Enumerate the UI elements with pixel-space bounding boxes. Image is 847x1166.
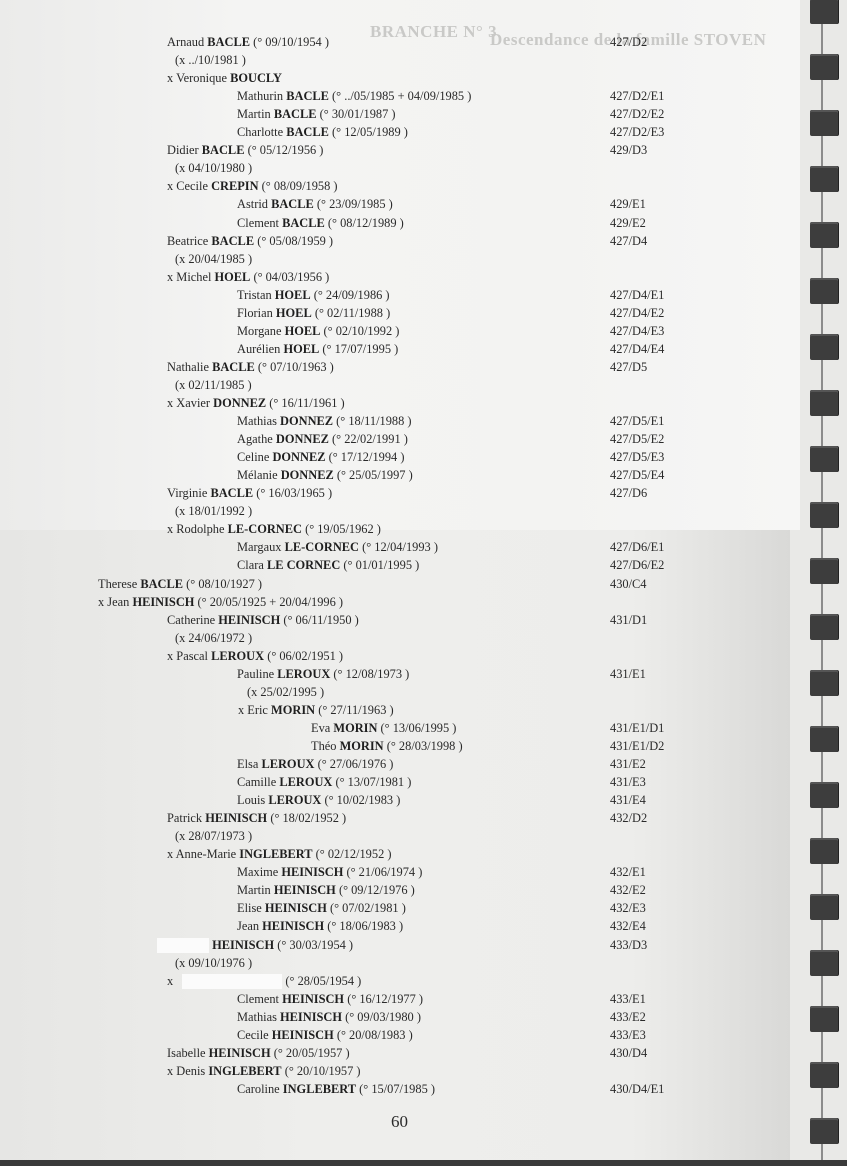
surname: BACLE	[207, 35, 250, 49]
reference-number: 432/D2	[610, 811, 647, 826]
person-entry: Patrick HEINISCH (° 18/02/1952 )	[167, 811, 346, 826]
reference-number: 427/D4/E1	[610, 288, 664, 303]
binding-loop-icon	[810, 1006, 838, 1032]
person-entry: Charlotte BACLE (° 12/05/1989 )	[237, 125, 408, 140]
life-dates: (° 24/09/1986 )	[314, 288, 390, 302]
person-entry: Nathalie BACLE (° 07/10/1963 )	[167, 360, 334, 375]
person-entry: Elise HEINISCH (° 07/02/1981 )	[237, 901, 406, 916]
given-name: Mathias	[237, 1010, 277, 1024]
person-entry: Martin HEINISCH (° 09/12/1976 )	[237, 883, 415, 898]
given-name: Patrick	[167, 811, 202, 825]
life-dates: (° 13/06/1995 )	[381, 721, 457, 735]
person-entry: Pauline LEROUX (° 12/08/1973 )	[237, 667, 409, 682]
life-dates: (° 21/06/1974 )	[347, 865, 423, 879]
surname: HEINISCH	[218, 613, 280, 627]
binding-loop-icon	[810, 0, 838, 24]
surname: LEROUX	[211, 649, 264, 663]
life-dates: (° 27/11/1963 )	[318, 703, 393, 717]
reference-number: 429/E2	[610, 216, 646, 231]
surname: HEINISCH	[209, 1046, 271, 1060]
surname: BACLE	[212, 360, 255, 374]
surname: LE-CORNEC	[285, 540, 359, 554]
reference-number: 427/D5	[610, 360, 647, 375]
person-entry: Eva MORIN (° 13/06/1995 )	[311, 721, 456, 736]
person-entry: Florian HOEL (° 02/11/1988 )	[237, 306, 390, 321]
given-name: Elise	[237, 901, 262, 915]
life-dates: (° 06/11/1950 )	[283, 613, 358, 627]
binding-loop-icon	[810, 1118, 838, 1144]
surname: HOEL	[276, 306, 312, 320]
spouse-entry: x Eric MORIN (° 27/11/1963 )	[238, 703, 394, 718]
surname: BACLE	[286, 125, 329, 139]
given-name: Agathe	[237, 432, 273, 446]
surname: LEROUX	[268, 793, 321, 807]
given-name: Clement	[237, 216, 279, 230]
surname: MORIN	[340, 739, 384, 753]
binding-loop-icon	[810, 670, 838, 696]
given-name: Therese	[98, 577, 137, 591]
surname: CREPIN	[211, 179, 259, 193]
life-dates: (° 23/09/1985 )	[317, 197, 393, 211]
reference-number: 427/D5/E1	[610, 414, 664, 429]
surname: DONNEZ	[281, 468, 334, 482]
person-entry: Cecile HEINISCH (° 20/08/1983 )	[237, 1028, 413, 1043]
given-name: Beatrice	[167, 234, 208, 248]
marriage-marker: x	[167, 71, 176, 85]
life-dates: (° 28/05/1954 )	[285, 974, 361, 988]
person-entry: Didier BACLE (° 05/12/1956 )	[167, 143, 323, 158]
given-name: Jean	[237, 919, 259, 933]
given-name: Aurélien	[237, 342, 280, 356]
life-dates: (° 15/07/1985 )	[359, 1082, 435, 1096]
life-dates: (° 02/12/1952 )	[316, 847, 392, 861]
spouse-entry: x Veronique BOUCLY	[167, 71, 282, 86]
binding-loop-icon	[810, 838, 838, 864]
life-dates: (° 20/05/1957 )	[274, 1046, 350, 1060]
reference-number: 429/E1	[610, 197, 646, 212]
surname: INGLEBERT	[239, 847, 312, 861]
surname: BOUCLY	[230, 71, 282, 85]
person-entry: Astrid BACLE (° 23/09/1985 )	[237, 197, 393, 212]
reference-number: 427/D5/E2	[610, 432, 664, 447]
binding-loop-icon	[810, 334, 838, 360]
marriage-date: (x 18/01/1992 )	[175, 504, 252, 519]
reference-number: 431/D1	[610, 613, 647, 628]
person-entry: Maxime HEINISCH (° 21/06/1974 )	[237, 865, 422, 880]
person-entry: Virginie BACLE (° 16/03/1965 )	[167, 486, 332, 501]
binding-loop-icon	[810, 1062, 838, 1088]
life-dates: (° 18/11/1988 )	[336, 414, 411, 428]
reference-number: 427/D6/E2	[610, 558, 664, 573]
reference-number: 431/E2	[610, 757, 646, 772]
reference-number: 433/E3	[610, 1028, 646, 1043]
spouse-entry: x Cecile CREPIN (° 08/09/1958 )	[167, 179, 338, 194]
life-dates: (° 07/10/1963 )	[258, 360, 334, 374]
reference-number: 427/D6	[610, 486, 647, 501]
given-name: Cecile	[176, 179, 208, 193]
given-name: Jean	[107, 595, 129, 609]
given-name: Mathias	[237, 414, 277, 428]
given-name: Celine	[237, 450, 269, 464]
spiral-binding	[800, 0, 847, 1166]
reference-number: 432/E3	[610, 901, 646, 916]
marriage-date: (x ../10/1981 )	[175, 53, 246, 68]
spouse-entry: x Rodolphe LE-CORNEC (° 19/05/1962 )	[167, 522, 381, 537]
page-number: 60	[391, 1112, 408, 1132]
person-entry: Mathurin BACLE (° ../05/1985 + 04/09/198…	[237, 89, 471, 104]
reference-number: 429/D3	[610, 143, 647, 158]
marriage-date: (x 28/07/1973 )	[175, 829, 252, 844]
binding-loop-icon	[810, 614, 838, 640]
reference-number: 433/E2	[610, 1010, 646, 1025]
reference-number: 427/D4	[610, 234, 647, 249]
surname: LEROUX	[277, 667, 330, 681]
given-name: Anne-Marie	[176, 847, 237, 861]
person-entry: HEINISCH (° 30/03/1954 )	[167, 938, 353, 953]
binding-loop-icon	[810, 894, 838, 920]
reference-number: 427/D6/E1	[610, 540, 664, 555]
marriage-date: (x 25/02/1995 )	[247, 685, 324, 700]
spouse-entry: x Anne-Marie INGLEBERT (° 02/12/1952 )	[167, 847, 392, 862]
given-name: Cecile	[237, 1028, 269, 1042]
surname: LE-CORNEC	[228, 522, 302, 536]
spouse-entry: x Denis INGLEBERT (° 20/10/1957 )	[167, 1064, 361, 1079]
reference-number: 432/E2	[610, 883, 646, 898]
life-dates: (° 06/02/1951 )	[267, 649, 343, 663]
surname: HEINISCH	[274, 883, 336, 897]
given-name: Caroline	[237, 1082, 280, 1096]
given-name: Elsa	[237, 757, 258, 771]
given-name: Eric	[247, 703, 268, 717]
life-dates: (° 02/11/1988 )	[315, 306, 390, 320]
reference-number: 427/D5/E3	[610, 450, 664, 465]
life-dates: (° 30/01/1987 )	[320, 107, 396, 121]
life-dates: (° 02/10/1992 )	[324, 324, 400, 338]
surname: INGLEBERT	[283, 1082, 356, 1096]
surname: BACLE	[282, 216, 325, 230]
surname: LE CORNEC	[267, 558, 340, 572]
surname: MORIN	[333, 721, 377, 735]
spouse-entry: x Jean HEINISCH (° 20/05/1925 + 20/04/19…	[98, 595, 343, 610]
life-dates: (° 12/05/1989 )	[332, 125, 408, 139]
person-entry: Clement HEINISCH (° 16/12/1977 )	[237, 992, 423, 1007]
person-entry: Agathe DONNEZ (° 22/02/1991 )	[237, 432, 408, 447]
given-name: Catherine	[167, 613, 215, 627]
life-dates: (° 05/12/1956 )	[248, 143, 324, 157]
given-name: Michel	[176, 270, 211, 284]
reference-number: 433/E1	[610, 992, 646, 1007]
marriage-date: (x 02/11/1985 )	[175, 378, 252, 393]
given-name: Eva	[311, 721, 330, 735]
person-entry: Mathias HEINISCH (° 09/03/1980 )	[237, 1010, 421, 1025]
binding-loop-icon	[810, 502, 838, 528]
binding-loop-icon	[810, 110, 838, 136]
surname: BACLE	[211, 234, 254, 248]
binding-loop-icon	[810, 222, 838, 248]
reference-number: 433/D3	[610, 938, 647, 953]
person-entry: Mathias DONNEZ (° 18/11/1988 )	[237, 414, 412, 429]
marriage-marker: x	[167, 649, 176, 663]
person-entry: Tristan HOEL (° 24/09/1986 )	[237, 288, 390, 303]
reference-number: 427/D4/E4	[610, 342, 664, 357]
surname: BACLE	[271, 197, 314, 211]
given-name: Clement	[237, 992, 279, 1006]
life-dates: (° 17/07/1995 )	[322, 342, 398, 356]
person-entry: Louis LEROUX (° 10/02/1983 )	[237, 793, 400, 808]
spouse-entry: x Michel HOEL (° 04/03/1956 )	[167, 270, 329, 285]
given-name: Arnaud	[167, 35, 204, 49]
reference-number: 427/D2/E3	[610, 125, 664, 140]
reference-number: 427/D2/E1	[610, 89, 664, 104]
life-dates: (° 12/04/1993 )	[362, 540, 438, 554]
surname: HOEL	[215, 270, 251, 284]
surname: BACLE	[202, 143, 245, 157]
marriage-date: (x 09/10/1976 )	[175, 956, 252, 971]
person-entry: Elsa LEROUX (° 27/06/1976 )	[237, 757, 393, 772]
life-dates: (° 20/08/1983 )	[337, 1028, 413, 1042]
binding-loop-icon	[810, 54, 838, 80]
person-entry: Therese BACLE (° 08/10/1927 )	[98, 577, 262, 592]
surname: HEINISCH	[205, 811, 267, 825]
reference-number: 427/D4/E2	[610, 306, 664, 321]
marriage-marker: x	[238, 703, 247, 717]
reference-number: 431/E1	[610, 667, 646, 682]
life-dates: (° 08/09/1958 )	[262, 179, 338, 193]
life-dates: (° 18/02/1952 )	[270, 811, 346, 825]
redacted-name	[157, 938, 209, 953]
life-dates: (° 20/05/1925 + 20/04/1996 )	[198, 595, 343, 609]
given-name: Morgane	[237, 324, 282, 338]
surname: BACLE	[274, 107, 317, 121]
life-dates: (° 27/06/1976 )	[318, 757, 394, 771]
person-entry: Arnaud BACLE (° 09/10/1954 )	[167, 35, 329, 50]
life-dates: (° 25/05/1997 )	[337, 468, 413, 482]
reference-number: 432/E1	[610, 865, 646, 880]
surname: HOEL	[275, 288, 311, 302]
surname: HEINISCH	[281, 865, 343, 879]
marriage-date: (x 20/04/1985 )	[175, 252, 252, 267]
given-name: Clara	[237, 558, 264, 572]
person-entry: Jean HEINISCH (° 18/06/1983 )	[237, 919, 403, 934]
life-dates: (° 01/01/1995 )	[343, 558, 419, 572]
given-name: Mathurin	[237, 89, 283, 103]
surname: DONNEZ	[272, 450, 325, 464]
life-dates: (° 13/07/1981 )	[335, 775, 411, 789]
given-name: Mélanie	[237, 468, 278, 482]
life-dates: (° 09/03/1980 )	[345, 1010, 421, 1024]
life-dates: (° ../05/1985 + 04/09/1985 )	[332, 89, 471, 103]
binding-loop-icon	[810, 390, 838, 416]
surname: BACLE	[210, 486, 253, 500]
person-entry: Celine DONNEZ (° 17/12/1994 )	[237, 450, 404, 465]
life-dates: (° 19/05/1962 )	[305, 522, 381, 536]
life-dates: (° 28/03/1998 )	[387, 739, 463, 753]
person-entry: Mélanie DONNEZ (° 25/05/1997 )	[237, 468, 413, 483]
reference-number: 432/E4	[610, 919, 646, 934]
life-dates: (° 16/12/1977 )	[347, 992, 423, 1006]
reference-number: 431/E3	[610, 775, 646, 790]
binding-loop-icon	[810, 726, 838, 752]
life-dates: (° 09/10/1954 )	[253, 35, 329, 49]
given-name: Didier	[167, 143, 199, 157]
given-name: Astrid	[237, 197, 268, 211]
marriage-marker: x	[167, 847, 176, 861]
spouse-entry: x Pascal LEROUX (° 06/02/1951 )	[167, 649, 343, 664]
person-entry: Beatrice BACLE (° 05/08/1959 )	[167, 234, 333, 249]
reference-number: 430/D4/E1	[610, 1082, 664, 1097]
life-dates: (° 07/02/1981 )	[330, 901, 406, 915]
reference-number: 430/C4	[610, 577, 647, 592]
given-name: Camille	[237, 775, 276, 789]
life-dates: (° 05/08/1959 )	[257, 234, 333, 248]
person-entry: Martin BACLE (° 30/01/1987 )	[237, 107, 396, 122]
given-name: Pauline	[237, 667, 274, 681]
person-entry: Clara LE CORNEC (° 01/01/1995 )	[237, 558, 419, 573]
life-dates: (° 16/03/1965 )	[256, 486, 332, 500]
life-dates: (° 16/11/1961 )	[269, 396, 344, 410]
marriage-marker: x	[167, 270, 176, 284]
surname: HEINISCH	[272, 1028, 334, 1042]
given-name: Rodolphe	[176, 522, 224, 536]
reference-number: 431/E1/D1	[610, 721, 664, 736]
surname: LEROUX	[279, 775, 332, 789]
marriage-marker: x	[167, 179, 176, 193]
surname: LEROUX	[261, 757, 314, 771]
person-entry: Morgane HOEL (° 02/10/1992 )	[237, 324, 399, 339]
given-name: Martin	[237, 883, 271, 897]
life-dates: (° 08/12/1989 )	[328, 216, 404, 230]
given-name: Virginie	[167, 486, 207, 500]
marriage-marker: x	[167, 974, 176, 988]
given-name: Pascal	[176, 649, 208, 663]
given-name: Charlotte	[237, 125, 283, 139]
binding-loop-icon	[810, 950, 838, 976]
marriage-marker: x	[167, 396, 176, 410]
life-dates: (° 04/03/1956 )	[253, 270, 329, 284]
given-name: Nathalie	[167, 360, 209, 374]
given-name: Martin	[237, 107, 271, 121]
reference-number: 427/D5/E4	[610, 468, 664, 483]
life-dates: (° 08/10/1927 )	[186, 577, 262, 591]
reference-number: 430/D4	[610, 1046, 647, 1061]
person-entry: Catherine HEINISCH (° 06/11/1950 )	[167, 613, 359, 628]
surname: DONNEZ	[213, 396, 266, 410]
reference-number: 427/D4/E3	[610, 324, 664, 339]
binding-loop-icon	[810, 782, 838, 808]
surname: DONNEZ	[280, 414, 333, 428]
reference-number: 427/D2/E2	[610, 107, 664, 122]
given-name: Maxime	[237, 865, 278, 879]
given-name: Tristan	[237, 288, 272, 302]
life-dates: (° 22/02/1991 )	[332, 432, 408, 446]
surname: INGLEBERT	[208, 1064, 281, 1078]
given-name: Isabelle	[167, 1046, 206, 1060]
binding-loop-icon	[810, 278, 838, 304]
person-entry: Caroline INGLEBERT (° 15/07/1985 )	[237, 1082, 435, 1097]
given-name: Xavier	[176, 396, 210, 410]
reference-number: 431/E4	[610, 793, 646, 808]
marriage-marker: x	[167, 1064, 176, 1078]
surname: BACLE	[286, 89, 329, 103]
surname: BACLE	[140, 577, 183, 591]
life-dates: (° 18/06/1983 )	[327, 919, 403, 933]
given-name: Margaux	[237, 540, 282, 554]
surname: HEINISCH	[265, 901, 327, 915]
surname: HEINISCH	[132, 595, 194, 609]
marriage-date: (x 04/10/1980 )	[175, 161, 252, 176]
spouse-entry: x (° 28/05/1954 )	[167, 974, 361, 989]
bleed-through-header-right: BRANCHE N° 3	[370, 22, 497, 42]
given-name: Denis	[176, 1064, 205, 1078]
life-dates: (° 30/03/1954 )	[277, 938, 353, 952]
person-entry: Camille LEROUX (° 13/07/1981 )	[237, 775, 411, 790]
person-entry: Théo MORIN (° 28/03/1998 )	[311, 739, 463, 754]
person-entry: Clement BACLE (° 08/12/1989 )	[237, 216, 404, 231]
page-bottom-sheet	[0, 530, 790, 1166]
person-entry: Aurélien HOEL (° 17/07/1995 )	[237, 342, 398, 357]
life-dates: (° 12/08/1973 )	[333, 667, 409, 681]
life-dates: (° 20/10/1957 )	[285, 1064, 361, 1078]
page-bottom-edge	[0, 1160, 847, 1166]
given-name: Veronique	[176, 71, 227, 85]
given-name: Louis	[237, 793, 265, 807]
reference-number: 427/D2	[610, 35, 647, 50]
surname: HOEL	[285, 324, 321, 338]
marriage-marker: x	[98, 595, 107, 609]
given-name: Théo	[311, 739, 336, 753]
given-name: Florian	[237, 306, 273, 320]
surname: HOEL	[283, 342, 319, 356]
life-dates: (° 10/02/1983 )	[324, 793, 400, 807]
surname: HEINISCH	[280, 1010, 342, 1024]
life-dates: (° 09/12/1976 )	[339, 883, 415, 897]
redacted-name	[182, 974, 282, 989]
surname: DONNEZ	[276, 432, 329, 446]
marriage-date: (x 24/06/1972 )	[175, 631, 252, 646]
reference-number: 431/E1/D2	[610, 739, 664, 754]
binding-loop-icon	[810, 166, 838, 192]
surname: MORIN	[271, 703, 315, 717]
surname: HEINISCH	[282, 992, 344, 1006]
life-dates: (° 17/12/1994 )	[329, 450, 405, 464]
binding-loop-icon	[810, 558, 838, 584]
surname: HEINISCH	[212, 938, 274, 952]
person-entry: Isabelle HEINISCH (° 20/05/1957 )	[167, 1046, 350, 1061]
binding-loop-icon	[810, 446, 838, 472]
spouse-entry: x Xavier DONNEZ (° 16/11/1961 )	[167, 396, 345, 411]
surname: HEINISCH	[262, 919, 324, 933]
marriage-marker: x	[167, 522, 176, 536]
person-entry: Margaux LE-CORNEC (° 12/04/1993 )	[237, 540, 438, 555]
